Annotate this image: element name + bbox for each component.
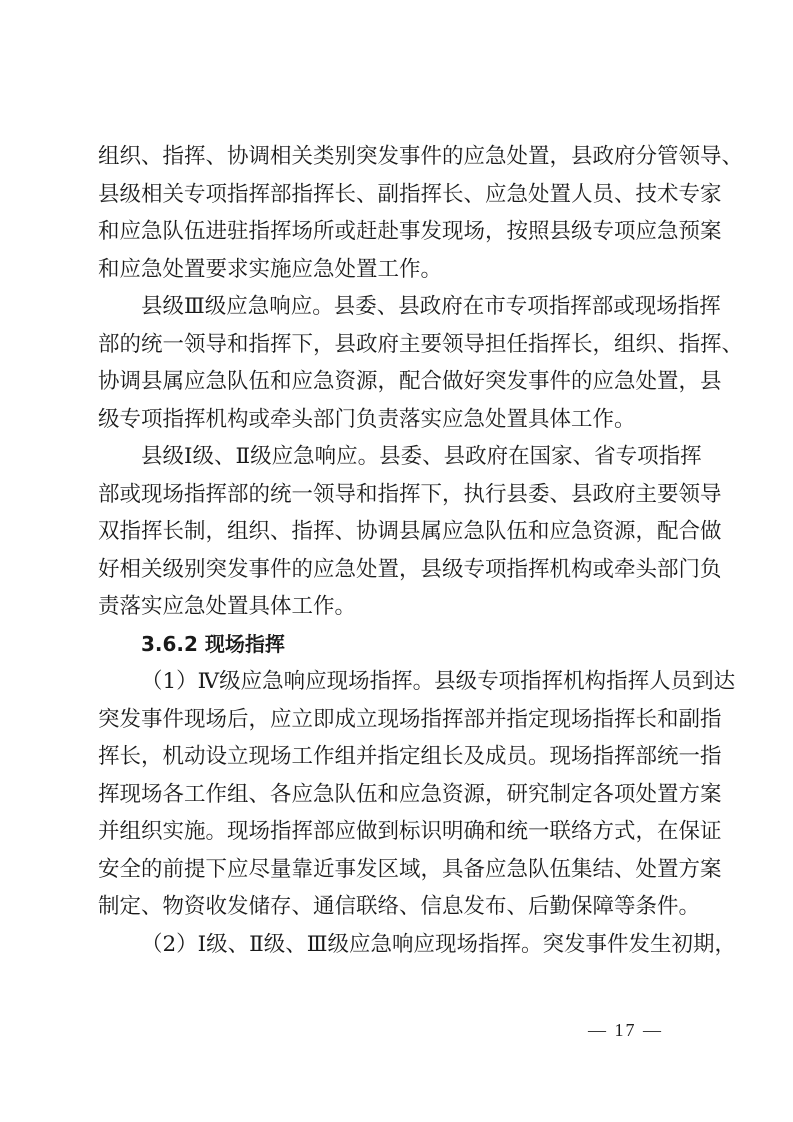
text-line: 双指挥长制，组织、指挥、协调县属应急队伍和应急资源，配合做 — [98, 513, 684, 551]
text-line: 协调县属应急队伍和应急资源，配合做好突发事件的应急处置，县 — [98, 363, 684, 401]
document-page: 组织、指挥、协调相关类别突发事件的应急处置，县政府分管领导、 县级相关专项指挥部… — [98, 138, 684, 963]
text-line: 县级相关专项指挥部指挥长、副指挥长、应急处置人员、技术专家 — [98, 176, 684, 214]
text-line: 并组织实施。现场指挥部应做到标识明确和统一联络方式，在保证 — [98, 813, 684, 851]
paragraph: 县级Ⅰ级、Ⅱ级应急响应。县委、县政府在国家、省专项指挥 部或现场指挥部的统一领导… — [98, 438, 684, 626]
text-line: 县级Ⅲ级应急响应。县委、县政府在市专项指挥部或现场指挥 — [98, 288, 684, 326]
text-line: （2）Ⅰ级、Ⅱ级、Ⅲ级应急响应现场指挥。突发事件发生初期， — [98, 926, 684, 964]
text-line: 和应急处置要求实施应急处置工作。 — [98, 251, 684, 289]
text-line: 县级Ⅰ级、Ⅱ级应急响应。县委、县政府在国家、省专项指挥 — [98, 438, 684, 476]
paragraph: 县级Ⅲ级应急响应。县委、县政府在市专项指挥部或现场指挥 部的统一领导和指挥下，县… — [98, 288, 684, 438]
text-line: 挥长，机动设立现场工作组并指定组长及成员。现场指挥部统一指 — [98, 738, 684, 776]
text-line: 级专项指挥机构或牵头部门负责落实应急处置具体工作。 — [98, 401, 684, 439]
text-line: 和应急队伍进驻指挥场所或赶赴事发现场，按照县级专项应急预案 — [98, 213, 684, 251]
paragraph: 组织、指挥、协调相关类别突发事件的应急处置，县政府分管领导、 县级相关专项指挥部… — [98, 138, 684, 288]
text-line: 好相关级别突发事件的应急处置，县级专项指挥机构或牵头部门负 — [98, 551, 684, 589]
paragraph: （2）Ⅰ级、Ⅱ级、Ⅲ级应急响应现场指挥。突发事件发生初期， — [98, 926, 684, 964]
section-heading: 3.6.2 现场指挥 — [98, 626, 684, 664]
text-line: 组织、指挥、协调相关类别突发事件的应急处置，县政府分管领导、 — [98, 138, 684, 176]
text-line: （1）Ⅳ级应急响应现场指挥。县级专项指挥机构指挥人员到达 — [98, 663, 684, 701]
text-line: 部的统一领导和指挥下，县政府主要领导担任指挥长，组织、指挥、 — [98, 326, 684, 364]
text-line: 责落实应急处置具体工作。 — [98, 588, 684, 626]
text-line: 突发事件现场后，应立即成立现场指挥部并指定现场指挥长和副指 — [98, 701, 684, 739]
page-number: — 17 — — [588, 1020, 663, 1041]
text-line: 制定、物资收发储存、通信联络、信息发布、后勤保障等条件。 — [98, 888, 684, 926]
text-line: 安全的前提下应尽量靠近事发区域，具备应急队伍集结、处置方案 — [98, 851, 684, 889]
text-line: 挥现场各工作组、各应急队伍和应急资源，研究制定各项处置方案 — [98, 776, 684, 814]
text-line: 部或现场指挥部的统一领导和指挥下，执行县委、县政府主要领导 — [98, 476, 684, 514]
paragraph: （1）Ⅳ级应急响应现场指挥。县级专项指挥机构指挥人员到达 突发事件现场后，应立即… — [98, 663, 684, 926]
